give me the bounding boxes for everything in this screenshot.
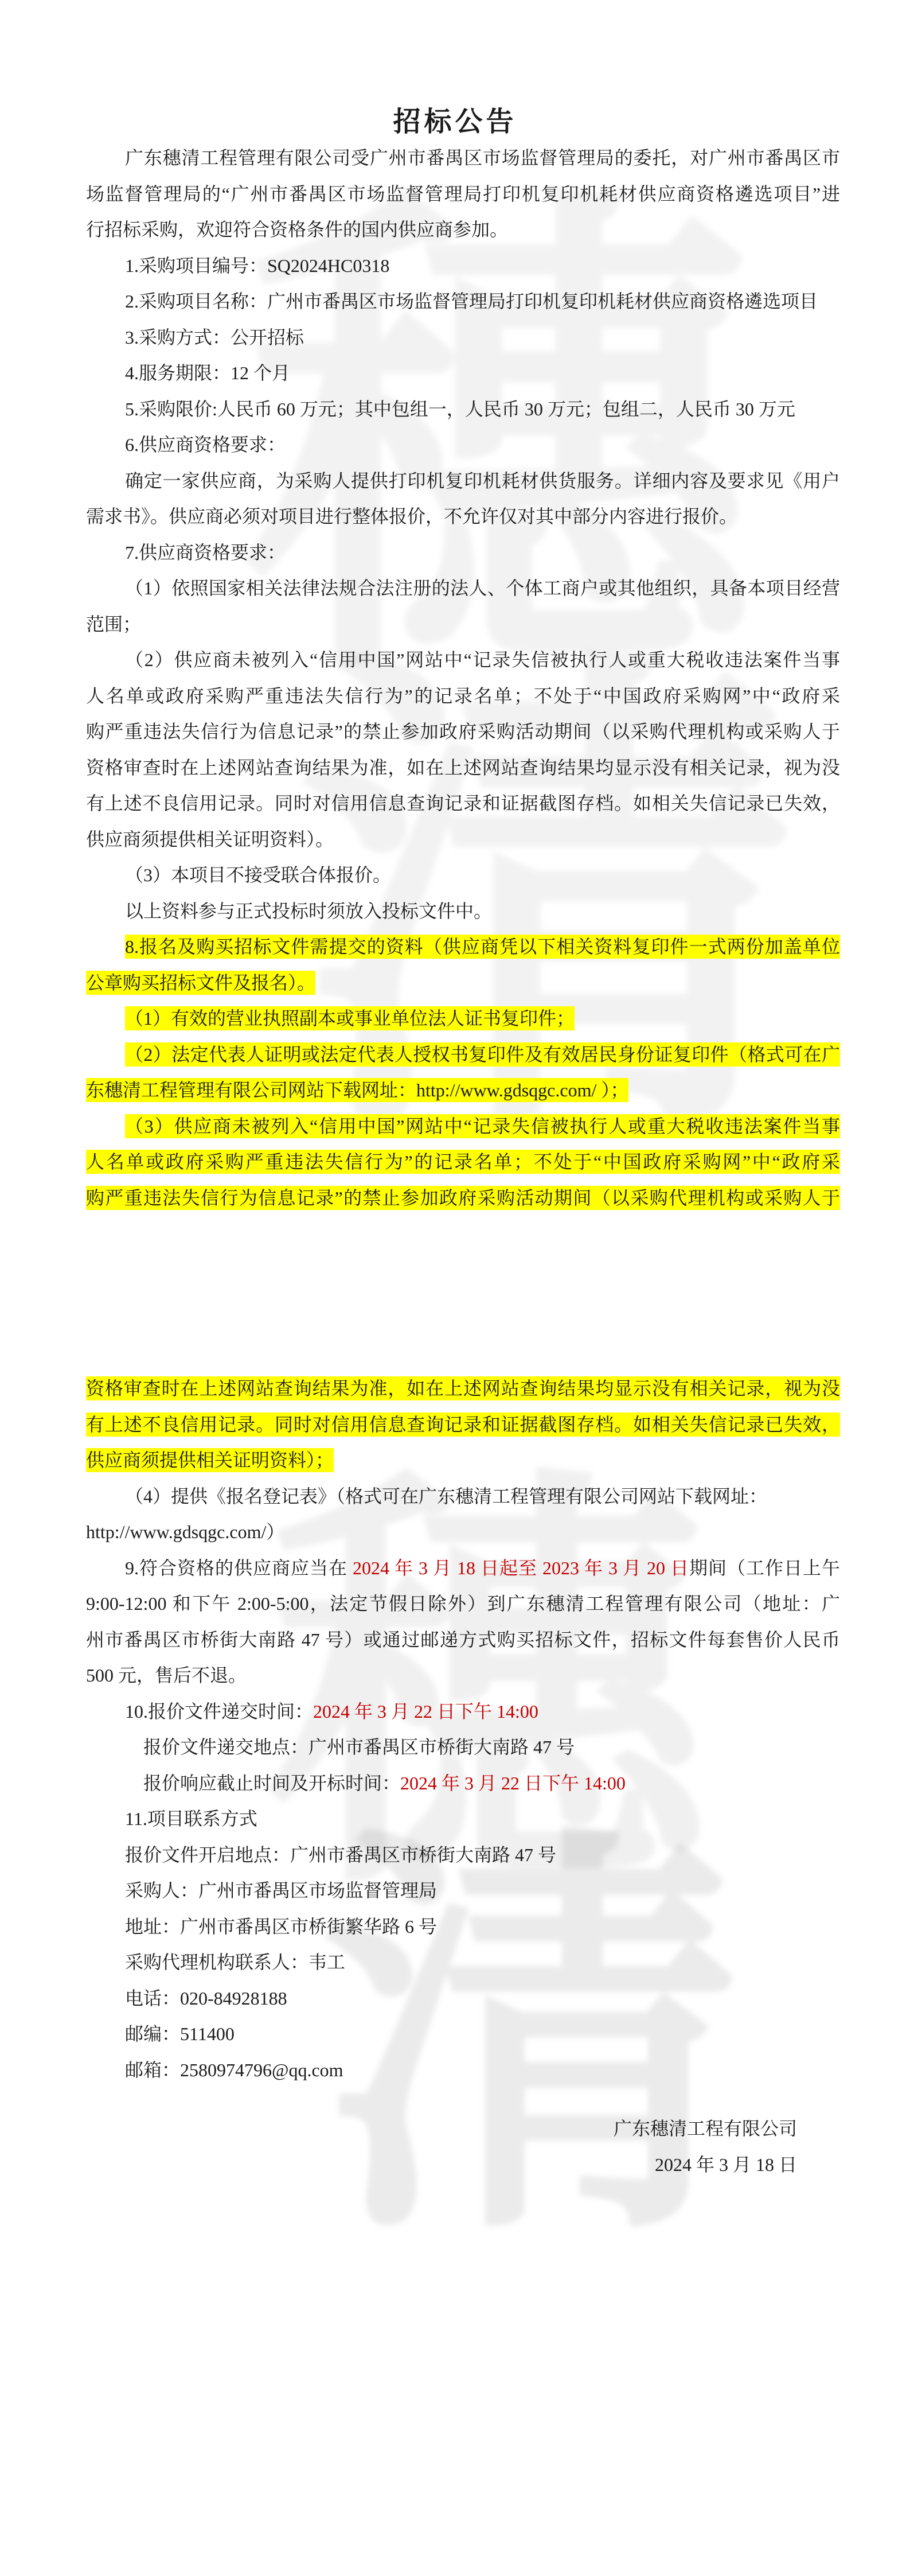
text-line: 行招标采购，欢迎符合资格条件的国内供应商参加。 [86,212,840,248]
text-line: 5.采购限价:人民币 60 万元；其中包组一，人民币 30 万元；包组二，人民币… [86,391,840,427]
text-line: http://www.gdsqgc.com/） [86,1514,840,1550]
text-run: 确定一家供应商，为采购人提供打印机复印机耗材供货服务。详细内容及要求见《用户 [125,470,840,491]
text-run: 采购人：广州市番禺区市场监督管理局 [125,1880,437,1901]
text-run: 5.采购限价:人民币 60 万元；其中包组一，人民币 30 万元；包组二，人民币… [125,399,795,419]
text-line: 广东穗清工程管理有限公司受广州市番禺区市场监督管理局的委托，对广州市番禺区市 [86,140,840,176]
text-run: 范围； [86,614,141,635]
text-line: 1.采购项目编号：SQ2024HC0318 [86,248,840,284]
text-run: 7.供应商资格要求： [125,542,286,563]
text-line: 场监督管理局的“广州市番禺区市场监督管理局打印机复印机耗材供应商资格遴选项目”进 [86,176,840,212]
text-segment: 期间（工作日上午 [689,1558,840,1578]
highlighted-text: 东穗清工程管理有限公司网站下载网址：http://www.gdsqgc.com/… [86,1078,628,1102]
text-segment: 购严重违法失信行为信息记录”的禁止参加政府采购活动期间（以采购代理机构或采购人于 [86,721,840,742]
text-line: 购严重违法失信行为信息记录”的禁止参加政府采购活动期间（以采购代理机构或采购人于 [86,714,840,750]
text-run: 报价文件开启地点：广州市番禺区市桥街大南路 47 号 [125,1845,556,1865]
text-run: 购严重违法失信行为信息记录”的禁止参加政府采购活动期间（以采购代理机构或采购人于 [86,721,840,742]
text-segment: 10.报价文件递交时间： [125,1701,313,1722]
text-line: 广东穗清工程有限公司 [86,2111,840,2147]
text-line: 3.采购方式：公开招标 [86,320,840,356]
text-segment: 4.服务期限：12 个月 [125,363,290,383]
text-line: 供应商须提供相关证明资料）； [86,1442,840,1478]
text-segment: 1.采购项目编号：SQ2024HC0318 [125,255,389,276]
highlighted-text: 人名单或政府采购严重违法失信行为”的记录名单；不处于“中国政府采购网”中“政府采 [86,1150,840,1174]
text-segment: 有上述不良信用记录。同时对信用信息查询记录和证据截图存档。如相关失信记录已失效， [86,793,840,814]
text-line: 有上述不良信用记录。同时对信用信息查询记录和证据截图存档。如相关失信记录已失效， [86,785,840,822]
text-line: （4）提供《报名登记表》（格式可在广东穗清工程管理有限公司网站下载网址： [86,1478,840,1515]
text-line: 有上述不良信用记录。同时对信用信息查询记录和证据截图存档。如相关失信记录已失效， [86,1407,840,1443]
text-segment: 9:00-12:00 和下午 2:00-5:00，法定节假日除外）到广东穗清工程… [86,1593,840,1614]
text-line: 州市番禺区市桥街大南路 47 号）或通过邮递方式购买招标文件，招标文件每套售价人… [86,1622,840,1658]
text-run: http://www.gdsqgc.com/） [86,1522,284,1542]
highlighted-text: 资格审查时在上述网站查询结果为准，如在上述网站查询结果均显示没有相关记录，视为没 [86,1376,840,1400]
text-line: 需求书》。供应商必须对项目进行整体报价，不允许仅对其中部分内容进行报价。 [86,499,840,535]
text-segment: 电话：020-84928188 [125,1988,287,2009]
text-run: 场监督管理局的“广州市番禺区市场监督管理局打印机复印机耗材供应商资格遴选项目”进 [86,184,840,204]
text-line: 7.供应商资格要求： [86,535,840,571]
text-run: 人名单或政府采购严重违法失信行为”的记录名单；不处于“中国政府采购网”中“政府采 [86,686,840,706]
red-date-text: 2024 年 3 月 22 日下午 14:00 [400,1773,626,1793]
text-run: 行招标采购，欢迎符合资格条件的国内供应商参加。 [86,219,508,240]
text-segment: 广东穗清工程管理有限公司受广州市番禺区市场监督管理局的委托，对广州市番禺区市 [125,147,840,168]
text-segment: 供应商须提供相关证明资料）。 [86,829,334,850]
text-segment: 地址：广州市番禺区市桥街繁华路 6 号 [125,1916,437,1937]
text-run: 广东穗清工程有限公司 [614,2118,797,2139]
text-line: 报价响应截止时间及开标时间：2024 年 3 月 22 日下午 14:00 [86,1765,840,1801]
text-line: 采购代理机构联系人：韦工 [86,1944,840,1980]
text-run: 6.供应商资格要求： [125,434,286,455]
text-line: （2）法定代表人证明或法定代表人授权书复印件及有效居民身份证复印件（格式可在广 [86,1037,840,1073]
text-segment: 资格审查时在上述网站查询结果为准，如在上述网站查询结果均显示没有相关记录，视为没 [86,757,840,778]
text-line: 供应商须提供相关证明资料）。 [86,822,840,858]
text-segment: 州市番禺区市桥街大南路 47 号）或通过邮递方式购买招标文件，招标文件每套售价人… [86,1629,840,1650]
text-segment: 确定一家供应商，为采购人提供打印机复印机耗材供货服务。详细内容及要求见《用户 [125,470,840,491]
text-line: （3）供应商未被列入“信用中国”网站中“记录失信被执行人或重大税收违法案件当事 [86,1108,840,1145]
text-line: 9.符合资格的供应商应当在 2024 年 3 月 18 日起至 2023 年 3… [86,1550,840,1586]
text-line: 地址：广州市番禺区市桥街繁华路 6 号 [86,1909,840,1945]
text-run: 电话：020-84928188 [125,1988,287,2009]
text-segment: 2024 年 3 月 18 日 [655,2154,797,2175]
highlighted-text: 供应商须提供相关证明资料）； [86,1448,334,1472]
text-run: 报价响应截止时间及开标时间：2024 年 3 月 22 日下午 14:00 [143,1773,626,1793]
text-line: （1）依照国家相关法律法规合法注册的法人、个体工商户或其他组织，具备本项目经营 [86,570,840,606]
text-segment: 采购人：广州市番禺区市场监督管理局 [125,1880,437,1901]
text-run: （2）供应商未被列入“信用中国”网站中“记录失信被执行人或重大税收违法案件当事 [125,649,840,670]
text-run: （4）提供《报名登记表》（格式可在广东穗清工程管理有限公司网站下载网址： [125,1486,767,1507]
text-segment: 3.采购方式：公开招标 [125,327,304,348]
text-run: 需求书》。供应商必须对项目进行整体报价，不允许仅对其中部分内容进行报价。 [86,506,737,527]
text-segment: 邮箱：2580974796@qq.com [125,2060,343,2080]
text-segment: 有上述不良信用记录。同时对信用信息查询记录和证据截图存档。如相关失信记录已失效， [86,1414,840,1435]
text-run: 以上资料参与正式投标时须放入投标文件中。 [125,901,492,921]
text-run: 1.采购项目编号：SQ2024HC0318 [125,255,389,276]
text-segment: 5.采购限价:人民币 60 万元；其中包组一，人民币 30 万元；包组二，人民币… [125,399,795,419]
text-line: 资格审查时在上述网站查询结果为准，如在上述网站查询结果均显示没有相关记录，视为没 [86,1371,840,1407]
text-segment: 人名单或政府采购严重违法失信行为”的记录名单；不处于“中国政府采购网”中“政府采 [86,686,840,706]
text-run: 2024 年 3 月 18 日 [655,2154,797,2175]
text-line: 范围； [86,606,840,643]
text-segment: 7.供应商资格要求： [125,542,286,563]
document-body: 广东穗清工程管理有限公司受广州市番禺区市场监督管理局的委托，对广州市番禺区市场监… [0,140,910,2182]
highlighted-text: 购严重违法失信行为信息记录”的禁止参加政府采购活动期间（以采购代理机构或采购人于 [86,1186,840,1210]
text-line: 确定一家供应商，为采购人提供打印机复印机耗材供货服务。详细内容及要求见《用户 [86,463,840,499]
text-run: （1）依照国家相关法律法规合法注册的法人、个体工商户或其他组织，具备本项目经营 [125,578,840,598]
text-line: 人名单或政府采购严重违法失信行为”的记录名单；不处于“中国政府采购网”中“政府采 [86,678,840,714]
text-line: 2024 年 3 月 18 日 [86,2147,840,2183]
text-segment: （3）供应商未被列入“信用中国”网站中“记录失信被执行人或重大税收违法案件当事 [125,1116,840,1137]
text-segment: 广东穗清工程有限公司 [614,2118,797,2139]
text-line: 10.报价文件递交时间：2024 年 3 月 22 日下午 14:00 [86,1694,840,1730]
text-run: 邮箱：2580974796@qq.com [125,2060,343,2080]
text-segment: 8.报名及购买招标文件需提交的资料（供应商凭以下相关资料复印件一式两份加盖单位 [125,936,840,957]
text-segment: 行招标采购，欢迎符合资格条件的国内供应商参加。 [86,219,508,240]
text-run: 2.采购项目名称：广州市番禺区市场监督管理局打印机复印机耗材供应商资格遴选项目 [125,291,818,312]
text-segment: 采购代理机构联系人：韦工 [125,1952,345,1972]
text-run: 9.符合资格的供应商应当在 2024 年 3 月 18 日起至 2023 年 3… [125,1558,840,1578]
text-segment: 人名单或政府采购严重违法失信行为”的记录名单；不处于“中国政府采购网”中“政府采 [86,1151,840,1172]
text-run: 邮编：511400 [125,2024,235,2044]
text-run: 供应商须提供相关证明资料）。 [86,829,334,850]
text-segment: 报价文件递交地点：广州市番禺区市桥街大南路 47 号 [143,1737,575,1757]
document-page: 穗 清 穗 清 招标公告 广东穗清工程管理有限公司受广州市番禺区市场监督管理局的… [0,0,910,2576]
text-segment: （2）供应商未被列入“信用中国”网站中“记录失信被执行人或重大税收违法案件当事 [125,649,840,670]
text-segment: http://www.gdsqgc.com/） [86,1522,284,1542]
text-run: 有上述不良信用记录。同时对信用信息查询记录和证据截图存档。如相关失信记录已失效， [86,793,840,814]
text-line: 电话：020-84928188 [86,1980,840,2017]
highlighted-text: （3）供应商未被列入“信用中国”网站中“记录失信被执行人或重大税收违法案件当事 [125,1114,840,1138]
text-run: 9:00-12:00 和下午 2:00-5:00，法定节假日除外）到广东穗清工程… [86,1593,840,1614]
text-segment: 9.符合资格的供应商应当在 [125,1558,353,1578]
text-run: 资格审查时在上述网站查询结果为准，如在上述网站查询结果均显示没有相关记录，视为没 [86,757,840,778]
text-segment: 购严重违法失信行为信息记录”的禁止参加政府采购活动期间（以采购代理机构或采购人于 [86,1188,840,1208]
text-segment: （2）法定代表人证明或法定代表人授权书复印件及有效居民身份证复印件（格式可在广 [125,1044,840,1065]
text-run: 采购代理机构联系人：韦工 [125,1952,345,1972]
text-segment: 场监督管理局的“广州市番禺区市场监督管理局打印机复印机耗材供应商资格遴选项目”进 [86,184,840,204]
text-run: 地址：广州市番禺区市桥街繁华路 6 号 [125,1916,437,1937]
text-segment: 东穗清工程管理有限公司网站下载网址：http://www.gdsqgc.com/… [86,1080,628,1100]
text-line: 报价文件开启地点：广州市番禺区市桥街大南路 47 号 [86,1837,840,1873]
highlighted-text: （1）有效的营业执照副本或事业单位法人证书复印件； [125,1006,575,1030]
text-line: 资格审查时在上述网站查询结果为准，如在上述网站查询结果均显示没有相关记录，视为没 [86,750,840,786]
text-segment: 范围； [86,614,141,635]
text-line: 9:00-12:00 和下午 2:00-5:00，法定节假日除外）到广东穗清工程… [86,1586,840,1622]
red-date-text: 2024 年 3 月 22 日下午 14:00 [313,1701,538,1722]
text-segment: 500 元，售后不退。 [86,1665,247,1686]
text-segment: 6.供应商资格要求： [125,434,286,455]
text-segment: 公章购买招标文件及报名）。 [86,972,315,993]
text-segment: 报价文件开启地点：广州市番禺区市桥街大南路 47 号 [125,1845,556,1865]
text-run: 州市番禺区市桥街大南路 47 号）或通过邮递方式购买招标文件，招标文件每套售价人… [86,1629,840,1650]
text-line: （2）供应商未被列入“信用中国”网站中“记录失信被执行人或重大税收违法案件当事 [86,642,840,678]
highlighted-text: （2）法定代表人证明或法定代表人授权书复印件及有效居民身份证复印件（格式可在广 [125,1042,840,1067]
text-line: 邮箱：2580974796@qq.com [86,2052,840,2088]
text-segment: 2.采购项目名称：广州市番禺区市场监督管理局打印机复印机耗材供应商资格遴选项目 [125,291,818,312]
text-line: 购严重违法失信行为信息记录”的禁止参加政府采购活动期间（以采购代理机构或采购人于 [86,1180,840,1216]
text-line: 以上资料参与正式投标时须放入投标文件中。 [86,893,840,929]
text-run: 4.服务期限：12 个月 [125,363,290,383]
text-line: 公章购买招标文件及报名）。 [86,965,840,1001]
text-segment: 需求书》。供应商必须对项目进行整体报价，不允许仅对其中部分内容进行报价。 [86,506,737,527]
text-run: 报价文件递交地点：广州市番禺区市桥街大南路 47 号 [143,1737,575,1757]
text-segment: 报价响应截止时间及开标时间： [143,1773,400,1793]
text-segment: 邮编：511400 [125,2024,235,2044]
text-line: 500 元，售后不退。 [86,1657,840,1694]
text-segment: 11.项目联系方式 [125,1808,257,1829]
text-segment: 供应商须提供相关证明资料）； [86,1450,334,1470]
text-run: 3.采购方式：公开招标 [125,327,304,348]
text-line: （3）本项目不接受联合体报价。 [86,857,840,893]
text-line: 东穗清工程管理有限公司网站下载网址：http://www.gdsqgc.com/… [86,1072,840,1108]
text-line: 4.服务期限：12 个月 [86,355,840,391]
text-run: 10.报价文件递交时间：2024 年 3 月 22 日下午 14:00 [125,1701,538,1722]
page-title: 招标公告 [0,104,910,140]
text-line: 人名单或政府采购严重违法失信行为”的记录名单；不处于“中国政府采购网”中“政府采 [86,1144,840,1180]
text-line: 邮编：511400 [86,2016,840,2052]
text-run: （3）本项目不接受联合体报价。 [125,865,391,885]
text-segment: 以上资料参与正式投标时须放入投标文件中。 [125,901,492,921]
text-segment: （1）依照国家相关法律法规合法注册的法人、个体工商户或其他组织，具备本项目经营 [125,578,840,598]
highlighted-text: 8.报名及购买招标文件需提交的资料（供应商凭以下相关资料复印件一式两份加盖单位 [125,935,840,959]
text-segment: 资格审查时在上述网站查询结果为准，如在上述网站查询结果均显示没有相关记录，视为没 [86,1378,840,1399]
text-line: （1）有效的营业执照副本或事业单位法人证书复印件； [86,1001,840,1037]
text-line: 采购人：广州市番禺区市场监督管理局 [86,1873,840,1909]
text-line: 8.报名及购买招标文件需提交的资料（供应商凭以下相关资料复印件一式两份加盖单位 [86,929,840,965]
highlighted-text: 公章购买招标文件及报名）。 [86,971,315,995]
text-run: 11.项目联系方式 [125,1808,257,1829]
text-run: 广东穗清工程管理有限公司受广州市番禺区市场监督管理局的委托，对广州市番禺区市 [125,147,840,168]
text-line: 6.供应商资格要求： [86,427,840,463]
text-run: 500 元，售后不退。 [86,1665,247,1686]
text-segment: （1）有效的营业执照副本或事业单位法人证书复印件； [125,1008,575,1029]
red-date-text: 2024 年 3 月 18 日起至 2023 年 3 月 20 日 [353,1558,689,1578]
text-line: 2.采购项目名称：广州市番禺区市场监督管理局打印机复印机耗材供应商资格遴选项目 [86,283,840,320]
text-line: 报价文件递交地点：广州市番禺区市桥街大南路 47 号 [86,1729,840,1765]
text-segment: （3）本项目不接受联合体报价。 [125,865,391,885]
text-segment: （4）提供《报名登记表》（格式可在广东穗清工程管理有限公司网站下载网址： [125,1486,767,1507]
highlighted-text: 有上述不良信用记录。同时对信用信息查询记录和证据截图存档。如相关失信记录已失效， [86,1412,840,1437]
text-line: 11.项目联系方式 [86,1801,840,1837]
